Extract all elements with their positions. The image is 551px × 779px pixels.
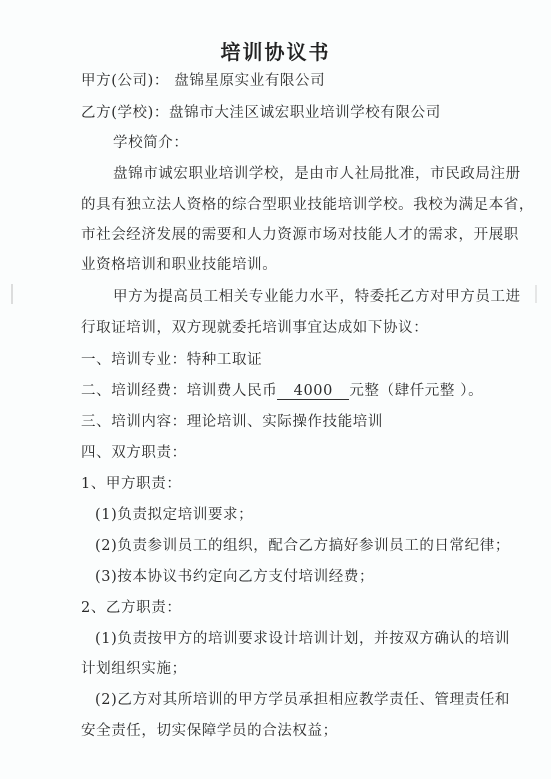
purpose-paragraph-line: 行取证培训，双方现就委托培训事宜达成如下协议：: [81, 319, 428, 337]
fee-amount: 4000: [277, 384, 349, 400]
party-a-line: 甲方(公司)： 盘锦星原实业有限公司: [81, 72, 325, 90]
clause-training-fee: 二、培训经费：培训费人民币4000元整（肆仟元整 ）。: [81, 382, 483, 400]
fee-prefix: 二、培训经费：培训费人民币: [81, 383, 277, 399]
scan-margin-mark: [535, 285, 537, 303]
party-b-duty-item: 计划组织实施；: [81, 660, 187, 678]
party-a-duties-heading: 1、甲方职责：: [81, 475, 181, 493]
party-b-duty-item: (1)负责按甲方的培训要求设计培训计划，并按双方确认的培训: [95, 630, 510, 648]
party-b-duty-item: (2)乙方对其所培训的甲方学员承担相应教学责任、管理责任和: [95, 691, 510, 709]
document-page: 培训协议书 甲方(公司)： 盘锦星原实业有限公司 乙方(学校)：盘锦市大洼区诚宏…: [0, 0, 551, 779]
clause-training-major: 一、培训专业：特种工取证: [81, 351, 262, 369]
intro-paragraph-line: 市社会经济发展的需要和人力资源市场对技能人才的需求，开展职: [81, 226, 519, 244]
party-b-line: 乙方(学校)：盘锦市大洼区诚宏职业培训学校有限公司: [81, 104, 441, 122]
clause-training-content: 三、培训内容：理论培训、实际操作技能培训: [81, 413, 383, 431]
party-a-duty-item: (3)按本协议书约定向乙方支付培训经费；: [95, 568, 374, 586]
intro-paragraph-line: 盘锦市诚宏职业培训学校，是由市人社局批准，市民政局注册: [113, 165, 521, 183]
school-intro-heading: 学校简介：: [113, 134, 189, 152]
intro-paragraph-line: 的具有独立法人资格的综合型职业技能培训学校。我校为满足本省，: [81, 196, 534, 214]
intro-paragraph-line: 业资格培训和职业技能培训。: [81, 256, 277, 274]
purpose-paragraph-line: 甲方为提高员工相关专业能力水平，特委托乙方对甲方员工进: [113, 288, 521, 306]
scan-margin-mark: [11, 284, 13, 304]
party-b-duties-heading: 2、乙方职责：: [81, 599, 181, 617]
party-a-duty-item: (1)负责拟定培训要求；: [95, 506, 253, 524]
fee-suffix: 元整（肆仟元整 ）。: [349, 383, 483, 399]
document-title: 培训协议书: [0, 36, 551, 65]
party-b-duty-item: 安全责任，切实保障学员的合法权益；: [81, 722, 338, 740]
party-a-duty-item: (2)负责参训员工的组织，配合乙方搞好参训员工的日常纪律；: [95, 537, 510, 555]
clause-responsibilities: 四、双方职责：: [81, 444, 187, 462]
